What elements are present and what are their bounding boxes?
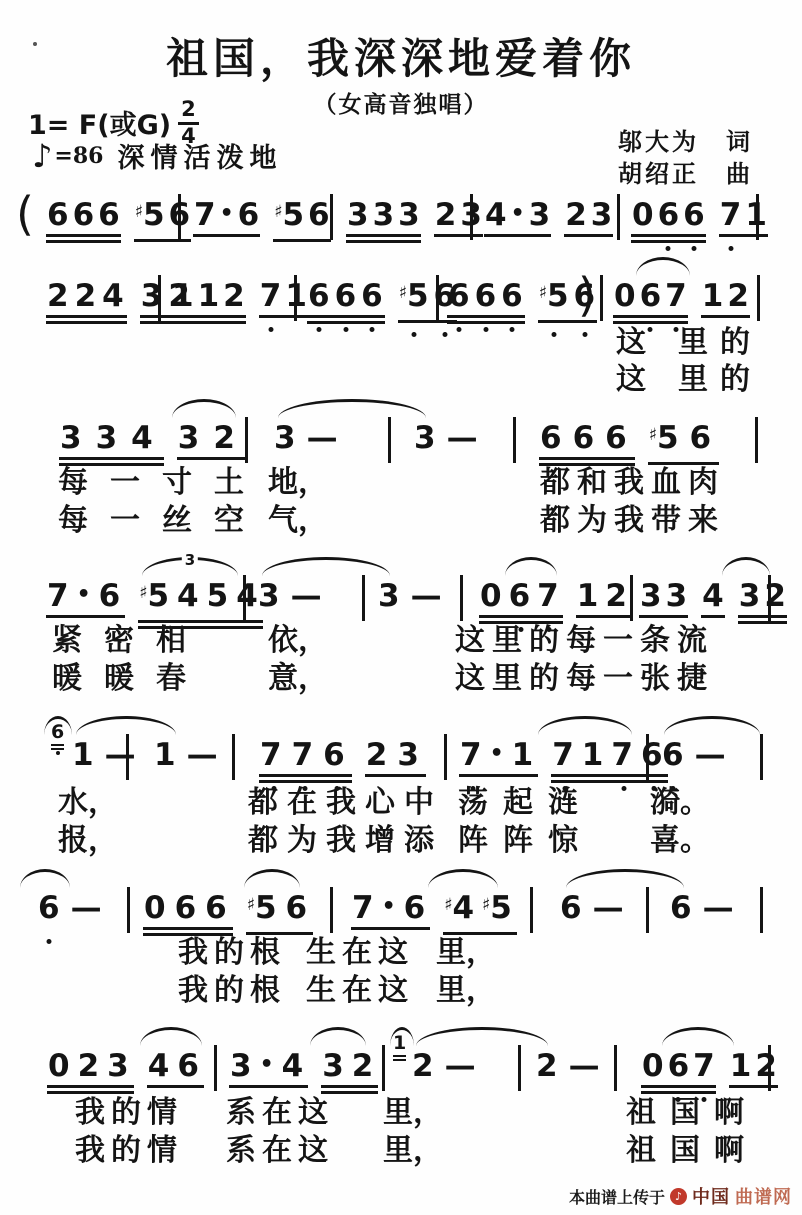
low-octave-dot (728, 246, 733, 251)
note-digit: 6 (473, 278, 500, 314)
slur-arc (722, 557, 770, 576)
slur-arc (566, 869, 684, 888)
beam-group: 4•3 (483, 197, 552, 233)
beam-group: 71 (718, 197, 769, 233)
lyric-verse2: 我的情 (75, 1134, 183, 1168)
note-digit: 2 (410, 1048, 436, 1084)
slur-arc (505, 557, 557, 576)
beam-group: 067 (612, 278, 689, 314)
measure: 3— (256, 578, 331, 614)
note-digit: 1 (70, 737, 96, 773)
measure: 02346 (46, 1048, 205, 1084)
slur-arc (140, 1027, 202, 1046)
beam-group: 666 (538, 420, 636, 456)
beam-group: 7•6 (192, 197, 261, 233)
sharp-icon: ♯ (274, 202, 282, 222)
low-octave-dot (457, 327, 462, 332)
note-digit: 4 (175, 578, 205, 619)
beam-group: 3— (256, 578, 331, 614)
dash-note: — (436, 1048, 485, 1084)
beam-group: 12 (728, 1048, 779, 1084)
lyric-verse2: 里， (436, 974, 496, 1008)
measure: 4•323 (483, 197, 614, 233)
note-digit: 6 (71, 197, 97, 233)
note-digit: 7 (258, 278, 284, 314)
measure: 6— (36, 890, 111, 926)
beam-group: ♯56 (272, 197, 331, 238)
note-digit: 5 (205, 578, 235, 619)
barline (127, 887, 130, 933)
slur-arc (416, 1027, 548, 1046)
note-digit: 3 (320, 1048, 350, 1084)
beam-group: 23 (364, 737, 427, 773)
barline (530, 887, 533, 933)
measure: 6— (558, 890, 633, 926)
barline (513, 417, 516, 463)
beam-group: 1— (152, 737, 227, 773)
lyric-verse2: 每一丝空 (58, 504, 266, 538)
beam-group: 1 (392, 1032, 407, 1054)
lyric-verse1: 都在我心中 (248, 786, 443, 820)
barline (444, 734, 447, 780)
note-digit: 6 (333, 278, 360, 314)
note-digit: 3 (396, 197, 422, 233)
measure: 3— (272, 420, 347, 456)
rest-note: 0 (478, 578, 507, 614)
note-digit: 6 (306, 197, 332, 238)
note-digit: 1 (510, 737, 540, 773)
note-digit: 2 (433, 197, 459, 233)
low-octave-dot (622, 786, 627, 791)
beam-group: 12 (700, 278, 751, 314)
note-digit: ♯5 (133, 197, 167, 238)
note-digit: 6 (558, 890, 584, 926)
low-octave-dot (56, 751, 60, 755)
lyric-verse2: 意， (268, 662, 328, 696)
credits: 邬大为 词 胡绍正 曲 (618, 127, 753, 191)
note-digit: 6 (236, 197, 262, 233)
note-digit: 6 (321, 737, 353, 773)
note-digit: 6 (45, 197, 71, 233)
dash-note: — (402, 578, 451, 614)
lyric-verse2: 系在这 (226, 1134, 334, 1168)
note-digit: 3 (94, 420, 130, 456)
note-digit: 2 (753, 1048, 779, 1084)
sharp-icon: ♯ (539, 283, 547, 303)
note-digit: • (75, 578, 97, 614)
note-digit: 7 (350, 890, 380, 926)
lyric-verse1: 依， (268, 624, 328, 658)
dash-note: — (298, 420, 347, 456)
beam-group: 066 (630, 197, 707, 233)
note-digit: 6 (36, 890, 62, 926)
low-octave-dot (552, 332, 557, 337)
note-digit: • (218, 197, 236, 233)
upload-text: 本曲谱上传于 (569, 1185, 665, 1208)
sharp-icon: ♯ (135, 202, 143, 222)
beam-group: 067 (640, 1048, 717, 1084)
lyric-verse1: 荡起涟 (458, 786, 593, 820)
barline (600, 275, 603, 321)
beam-group: 3— (272, 420, 347, 456)
lyric-verse1: 地， (268, 466, 328, 500)
tempo-value: =86 (54, 143, 103, 169)
note-digit: 3 (58, 420, 94, 456)
note-digit: 3 (638, 578, 664, 614)
dash-note: — (694, 890, 743, 926)
phrase-open-paren: ( (16, 190, 34, 238)
lyric-verse1: 生在这 (306, 936, 414, 970)
lyric-verse2: 暖暖春 (52, 662, 208, 696)
note-digit: 4 (700, 578, 726, 614)
beam-group: 6— (558, 890, 633, 926)
beam-group: ♯56 (537, 278, 598, 319)
note-digit: 6 (499, 278, 526, 314)
note-digit: 6 (50, 721, 65, 743)
note-digit: ♯5 (647, 420, 688, 461)
measure: 2— (410, 1048, 485, 1084)
beam-group: 776 (258, 737, 353, 773)
song-title: 祖国，我深深地爱着你 (0, 26, 802, 86)
lyric-verse1: 我的根 (178, 936, 286, 970)
low-octave-dot (343, 327, 348, 332)
slur-arc: 3 (142, 557, 238, 576)
beam-group: ♯4♯5 (442, 890, 518, 931)
measure: 7•6♯4♯5 (350, 890, 518, 931)
beam-group: 32 (176, 420, 247, 456)
note-digit: 7 (258, 737, 290, 773)
note-digit: 2 (211, 420, 247, 456)
barline (330, 887, 333, 933)
note-digit: 2 (350, 1048, 380, 1084)
measure: 33432 (638, 578, 788, 614)
note-digit: 3 (371, 197, 397, 233)
beam-group: 32 (737, 578, 788, 614)
lyric-verse1: 里 (678, 326, 708, 360)
slur-arc (278, 399, 426, 418)
note-digit: ♯5 (137, 578, 175, 619)
note-digit: 7 (609, 737, 639, 773)
beam-group: 4 (700, 578, 726, 614)
rest-note: 0 (612, 278, 638, 314)
rest-note: 0 (46, 1048, 76, 1084)
lyric-verse1: 漪。 (650, 786, 710, 820)
low-octave-dot (483, 327, 488, 332)
note-digit: 2 (603, 578, 632, 614)
beam-group: ♯5454 (137, 578, 264, 619)
eighth-note-icon: ♪ (32, 141, 52, 171)
note-digit: 7 (535, 578, 564, 614)
beam-group: 7•6 (45, 578, 126, 614)
note-digit: 3 (458, 197, 484, 233)
slur-arc (428, 869, 498, 888)
note-digit: 6 (571, 420, 604, 456)
note-digit: 1 (152, 737, 178, 773)
sharp-icon: ♯ (399, 283, 407, 303)
note-digit: 6 (167, 197, 193, 238)
low-octave-dot (412, 332, 417, 337)
sharp-icon: ♯ (444, 895, 452, 915)
beam-group: 023 (46, 1048, 135, 1084)
beam-group: 6— (668, 890, 743, 926)
dash-note: — (438, 420, 487, 456)
note-digit: 6 (688, 420, 721, 461)
slur-arc (310, 1027, 366, 1046)
grace-note: 6 (50, 721, 65, 743)
lyric-verse1: 这里的每一条流 (455, 624, 714, 658)
note-digit: 6 (507, 578, 536, 614)
note-digit: 2 (563, 197, 589, 233)
note-digit: 7 (550, 737, 580, 773)
barline (617, 194, 620, 240)
barline (518, 1045, 521, 1091)
note-digit: 3 (256, 578, 282, 614)
lyric-verse2: 这 (616, 363, 646, 397)
note-digit: ♯5 (537, 278, 572, 319)
note-digit: 1 (700, 278, 726, 314)
beam-group: 066 (142, 890, 234, 926)
note-digit: 1 (392, 1032, 407, 1054)
measure: 1— (152, 737, 227, 773)
beam-group: 3— (412, 420, 487, 456)
note-digit: 7 (192, 197, 218, 233)
low-octave-dot (691, 246, 696, 251)
note-digit: 4 (100, 278, 128, 314)
slur-arc (538, 716, 632, 735)
lyric-verse1: 每一寸土 (58, 466, 266, 500)
note-digit: 7 (290, 737, 322, 773)
slur-arc (172, 399, 236, 418)
expression-text: 深情活泼地 (117, 136, 282, 175)
slur-arc (262, 557, 390, 576)
lyric-verse2: 气， (268, 504, 328, 538)
note-digit: 3 (345, 197, 371, 233)
barline (755, 417, 758, 463)
measure: 666♯56 (538, 420, 720, 461)
dash-note: — (62, 890, 111, 926)
lyricist-credit: 邬大为 词 (618, 127, 753, 159)
measure: 77623 (258, 737, 427, 773)
measure: 06671 (630, 197, 769, 233)
note-digit: 1 (580, 737, 610, 773)
beam-group: 224 (45, 278, 128, 314)
lyric-verse1: 系在这 (226, 1096, 334, 1130)
lyric-verse2: 里 (678, 363, 708, 397)
lyric-verse1: 紧密相 (52, 624, 208, 658)
note-digit: 1 (728, 1048, 754, 1084)
measure: 666♯56 (446, 278, 598, 319)
note-digit: ♯4 (442, 890, 480, 931)
beam-group: 6— (36, 890, 111, 926)
tuplet-number: 3 (182, 553, 198, 568)
slur-arc (244, 869, 300, 888)
beam-group: 7•6 (350, 890, 431, 926)
note-digit: 6 (284, 890, 315, 931)
note-digit: 6 (306, 278, 333, 314)
measure: 1— (70, 737, 145, 773)
lyric-verse2: 的 (720, 363, 750, 397)
sharp-icon: ♯ (247, 895, 255, 915)
beam-group: 12 (575, 578, 632, 614)
note-digit: 6 (681, 197, 707, 233)
beam-group: 23 (433, 197, 484, 233)
rest-note: 0 (142, 890, 173, 926)
rest-note: 0 (640, 1048, 666, 1084)
note-digit: 3 (589, 197, 615, 233)
measure: 7•17176 (458, 737, 669, 773)
lyric-verse1: 里， (383, 1096, 443, 1130)
note-digit: 3 (664, 578, 690, 614)
slur-arc (20, 869, 70, 888)
note-digit: 6 (656, 197, 682, 233)
beam-group: 333 (345, 197, 422, 233)
note-digit: 2 (762, 578, 788, 614)
note-digit: 3 (395, 737, 427, 773)
note-digit: 6 (538, 420, 571, 456)
slur-arc (636, 257, 690, 276)
beam-group: 2— (410, 1048, 485, 1084)
note-digit: 7 (45, 578, 75, 614)
beam-group: 7176 (550, 737, 668, 773)
note-digit: 6 (572, 278, 599, 319)
barline (232, 734, 235, 780)
beam-group: 71 (258, 278, 309, 314)
note-digit: 4 (129, 420, 165, 456)
note-digit: 4 (483, 197, 509, 233)
barline (614, 1045, 617, 1091)
note-digit: 3 (527, 197, 553, 233)
score-sheet: 祖国，我深深地爱着你 （女高音独唱） 1= F(或G) 2 4 ♪ =86 深情… (0, 0, 802, 1215)
note-digit: • (380, 890, 402, 926)
site-name-light: 曲谱网 (735, 1183, 792, 1209)
barline (646, 887, 649, 933)
note-digit: 7 (663, 278, 689, 314)
beam-group: ♯56 (245, 890, 314, 931)
note-digit: 3 (176, 420, 212, 456)
note-digit: 6 (603, 420, 636, 456)
note-digit: 3 (272, 420, 298, 456)
note-digit: 3 (737, 578, 763, 614)
note-digit: 3 (139, 278, 167, 314)
beam-group: 666 (306, 278, 386, 314)
barline (362, 575, 365, 621)
note-digit: 6 (660, 737, 686, 773)
lyric-verse2: 阵阵惊 (458, 824, 593, 858)
lyric-verse1: 都和我血肉 (540, 466, 725, 500)
low-octave-dot (648, 327, 653, 332)
note-digit: 2 (725, 278, 751, 314)
note-digit: 6 (668, 890, 694, 926)
lyric-verse1: 祖国啊 (626, 1096, 758, 1130)
measure: 7•6♯5454 (45, 578, 264, 619)
measure: 33323 (345, 197, 484, 233)
composer-credit: 胡绍正 曲 (618, 159, 753, 191)
note-digit: 2 (45, 278, 73, 314)
low-octave-dot (442, 332, 447, 337)
beam-group: 33 (638, 578, 689, 614)
lyric-verse2: 报， (58, 824, 118, 858)
note-digit: ♯5 (245, 890, 284, 931)
note-digit: 6 (96, 197, 122, 233)
beam-group: 6 (50, 721, 65, 743)
note-digit: ♯5 (397, 278, 432, 319)
measure: 06712 (612, 278, 751, 314)
beam-group: 32 (320, 1048, 379, 1084)
note-digit: 6 (359, 278, 386, 314)
lyric-verse2: 都为我带来 (540, 504, 725, 538)
note-digit: 3 (228, 1048, 258, 1084)
site-name-bold: 中国 (692, 1183, 730, 1209)
measure: 06712 (640, 1048, 779, 1084)
barline (382, 1045, 385, 1091)
note-digit: 6 (97, 578, 127, 614)
low-octave-dot (582, 332, 587, 337)
barline (388, 417, 391, 463)
dash-note: — (282, 578, 331, 614)
note-digit: 2 (76, 1048, 106, 1084)
slur-arc (76, 716, 176, 735)
beam-group: 3•4 (228, 1048, 309, 1084)
lyric-verse2: 这里的每一张捷 (455, 662, 714, 696)
low-octave-dot (666, 246, 671, 251)
note-digit: 1 (575, 578, 604, 614)
beam-group: 067 (478, 578, 564, 614)
lyric-verse2: 喜。 (650, 824, 710, 858)
note-digit: 3 (376, 578, 402, 614)
sharp-icon: ♯ (482, 895, 490, 915)
note-digit: 6 (173, 890, 204, 926)
low-octave-dot (268, 327, 273, 332)
barline (760, 887, 763, 933)
low-octave-dot (46, 939, 51, 944)
measure: 6— (668, 890, 743, 926)
note-digit: 6 (402, 890, 432, 926)
beam-group: ♯56 (133, 197, 192, 238)
note-digit: 3 (105, 1048, 135, 1084)
note-digit: 6 (638, 278, 664, 314)
lyric-verse1: 水， (58, 786, 118, 820)
beam-group: 2— (534, 1048, 609, 1084)
barline (460, 575, 463, 621)
beam-group: 666 (45, 197, 122, 233)
measure: 06712 (478, 578, 632, 614)
note-digit: 2 (221, 278, 247, 314)
note-digit: 3 (412, 420, 438, 456)
barline (757, 275, 760, 321)
low-octave-dot (370, 327, 375, 332)
dash-note: — (560, 1048, 609, 1084)
measure: 3— (412, 420, 487, 456)
note-digit: 6 (203, 890, 234, 926)
measure: 2— (534, 1048, 609, 1084)
rest-note: 0 (630, 197, 656, 233)
watermark: 本曲谱上传于 ♪ 中国 曲谱网 (569, 1183, 792, 1209)
lyric-verse1: 的 (720, 326, 750, 360)
lyric-verse2: 祖国啊 (626, 1134, 758, 1168)
dash-note: — (96, 737, 145, 773)
beam-group: 666 (446, 278, 526, 314)
slur-arc (662, 1027, 734, 1046)
note-digit: 7 (458, 737, 488, 773)
sharp-icon: ♯ (139, 583, 147, 603)
measure: 666♯56 (45, 197, 192, 238)
lyric-verse2: 我的根 (178, 974, 286, 1008)
measure: 066♯56 (142, 890, 314, 931)
measure: 666♯56 (306, 278, 458, 319)
measure: 3— (376, 578, 451, 614)
note-digit: 1 (196, 278, 222, 314)
lyric-verse1: 这 (616, 326, 646, 360)
